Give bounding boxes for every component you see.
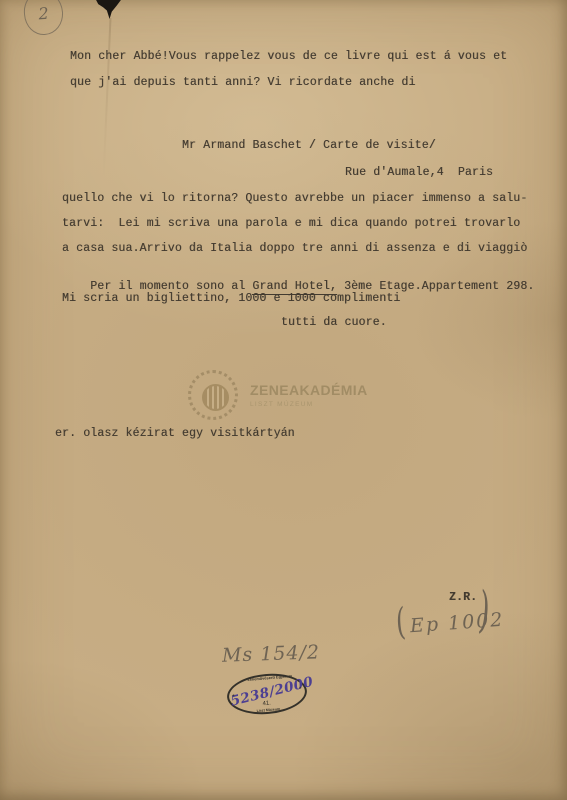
letter-line-salutation-2: que j'ai depuis tanti anni? Vi ricordate… <box>70 76 416 89</box>
ep-number-note: Ep 1002 <box>409 609 505 638</box>
letter-line-card-title: Mr Armand Baschet / Carte de visite/ <box>182 139 436 152</box>
letter-line-body-2: tarvi: Lei mi scriva una parola e mi dic… <box>62 217 520 230</box>
catalog-note: er. olasz kézirat egy visitkártyán <box>55 427 295 440</box>
signature-initials: Z.R. <box>449 591 477 604</box>
stamp-star-right: * <box>299 686 302 693</box>
stamp-star-left: * <box>232 694 235 701</box>
letter-line-salutation-1: Mon cher Abbé!Vous rappelez vous de ce l… <box>70 50 507 63</box>
stamp-year-number: 41. <box>262 700 271 707</box>
stamp-bottom-arc: Liszt Múzeum <box>251 706 285 713</box>
page-number: 2 <box>38 3 49 23</box>
ep-paren-close: ) <box>477 582 492 642</box>
ink-blot <box>95 0 122 19</box>
page-number-circled: 2 <box>23 0 65 36</box>
letter-line-body-5: Mi scria un bigliettino, 1000 e 1000 com… <box>62 292 400 305</box>
paper-crease <box>103 18 112 178</box>
ms-shelfmark-note: Ms 154/2 <box>222 641 321 666</box>
watermark-title: ZENEAKADÉMIA <box>250 382 368 398</box>
letter-line-body-1: quello che vi lo ritorna? Questo avrebbe… <box>62 192 527 205</box>
letter-line-body-3: a casa sua.Arrivo da Italia doppo tre an… <box>62 242 527 255</box>
museum-watermark: ZENEAKADÉMIA LISZT MÚZEUM <box>188 370 368 420</box>
ep-paren-open: ( <box>395 600 407 645</box>
letter-line-card-address: Rue d'Aumale,4 Paris <box>345 166 493 179</box>
watermark-subtitle: LISZT MÚZEUM <box>250 401 368 408</box>
letter-page: 2 Mon cher Abbé!Vous rappelez vous de ce… <box>0 0 567 800</box>
letter-line-closing: tutti da cuore. <box>281 316 387 329</box>
watermark-text: ZENEAKADÉMIA LISZT MÚZEUM <box>250 382 368 408</box>
library-oval-stamp: Zeneművészeti Egyetem 5238/2000 41. Lisz… <box>225 671 308 718</box>
organ-pipes-icon <box>202 384 229 411</box>
laurel-wreath-icon <box>188 370 238 420</box>
